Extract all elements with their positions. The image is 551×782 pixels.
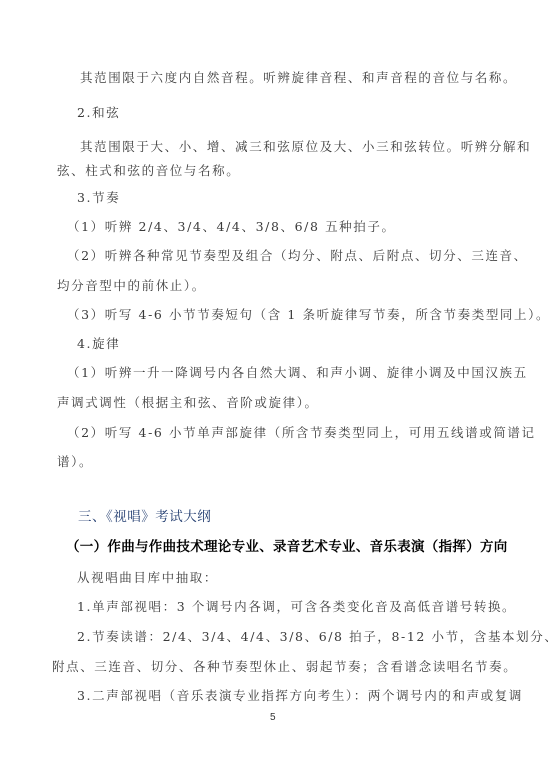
paragraph-line: 3.二声部视唱（音乐表演专业指挥方向考生）：两个调号内的和声或复调 bbox=[77, 688, 523, 704]
section-heading: 三、《视唱》考试大纲 bbox=[78, 509, 211, 525]
item-heading-chords: 2.和弦 bbox=[77, 105, 120, 121]
item-heading-rhythm: 3.节奏 bbox=[77, 190, 120, 206]
paragraph-line: 2.节奏读谱：2/4、3/4、4/4、3/8、6/8 拍子，8-12 小节，含基… bbox=[77, 629, 551, 645]
paragraph-line: （3）听写 4-6 小节节奏短句（含 1 条听旋律写节奏，所含节奏类型同上）。 bbox=[67, 307, 550, 323]
paragraph-line: （2）听辨各种常见节奏型及组合（均分、附点、后附点、切分、三连音、 bbox=[67, 248, 528, 264]
paragraph-line: （1）听辨一升一降调号内各自然大调、和声小调、旋律小调及中国汉族五 bbox=[67, 365, 528, 381]
paragraph-line: 谱）。 bbox=[57, 454, 93, 470]
paragraph-line: 均分音型中的前休止）。 bbox=[57, 278, 206, 294]
paragraph-line: 弦、柱式和弦的音位与名称。 bbox=[57, 163, 240, 179]
paragraph-line: （2）听写 4-6 小节单声部旋律（所含节奏类型同上，可用五线谱或简谱记 bbox=[67, 425, 536, 441]
page-number: 5 bbox=[270, 712, 276, 723]
paragraph-line: 1.单声部视唱：3 个调号内各调，可含各类变化音及高低音谱号转换。 bbox=[77, 599, 516, 615]
paragraph-line: 其范围限于大、小、增、减三和弦原位及大、小三和弦转位。听辨分解和 bbox=[80, 139, 531, 155]
subsection-heading: （一）作曲与作曲技术理论专业、录音艺术专业、音乐表演（指挥）方向 bbox=[66, 539, 508, 555]
paragraph-line: 附点、三连音、切分、各种节奏型休止、弱起节奏；含看谱念读唱名节奏。 bbox=[52, 659, 517, 675]
paragraph-line: （1）听辨 2/4、3/4、4/4、3/8、6/8 五种拍子。 bbox=[67, 219, 396, 235]
paragraph-line: 其范围限于六度内自然音程。听辨旋律音程、和声音程的音位与名称。 bbox=[80, 70, 517, 86]
paragraph-line: 声调式调性（根据主和弦、音阶或旋律）。 bbox=[57, 395, 319, 411]
paragraph-line: 从视唱曲目库中抽取： bbox=[77, 570, 218, 586]
item-heading-melody: 4.旋律 bbox=[77, 336, 120, 352]
